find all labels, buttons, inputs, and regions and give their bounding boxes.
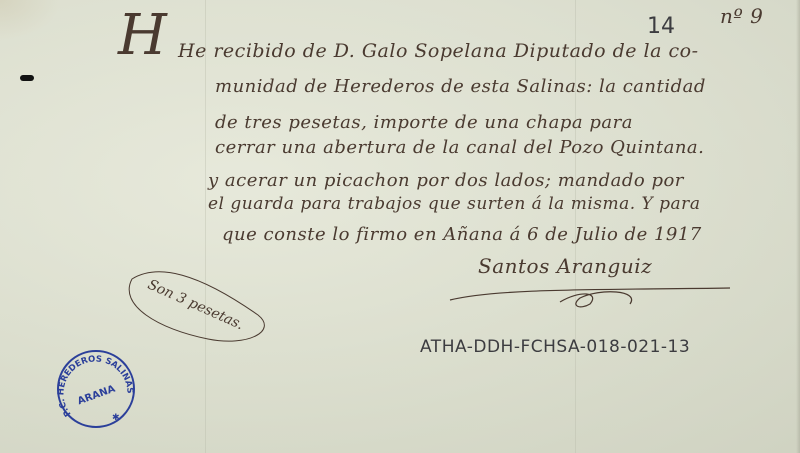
- folio-number: 14: [647, 14, 675, 39]
- paper-edge: [796, 0, 800, 453]
- paper-stain: [0, 0, 60, 40]
- body-line-2: munidad de Herederos de esta Salinas: la…: [215, 76, 706, 97]
- archive-code: ATHA-DDH-FCHSA-018-021-13: [420, 337, 690, 357]
- stamp-circle-icon: P.C. HEREDEROS SALINAS ARANA ✱: [55, 348, 137, 430]
- svg-text:ARANA: ARANA: [76, 383, 117, 407]
- signature-flourish: [440, 280, 740, 310]
- body-line-4: cerrar una abertura de la canal del Pozo…: [215, 137, 704, 158]
- body-line-5: y acerar un picachon por dos lados; mand…: [208, 170, 684, 191]
- archive-stamp: P.C. HEREDEROS SALINAS ARANA ✱: [55, 348, 137, 430]
- body-line-6: el guarda para trabajos que surten á la …: [208, 194, 700, 214]
- body-line-3: de tres pesetas, importe de una chapa pa…: [215, 112, 633, 133]
- signature: Santos Aranguiz: [478, 254, 652, 278]
- paper-fold-line: [205, 0, 206, 453]
- svg-text:✱: ✱: [112, 413, 120, 423]
- body-line-7: que conste lo firmo en Añana á 6 de Juli…: [222, 224, 702, 245]
- amount-note: Son 3 pesetas.: [118, 265, 278, 347]
- initial-capital: H: [118, 8, 167, 64]
- punch-hole: [20, 75, 34, 81]
- document-number: nº 9: [720, 4, 763, 28]
- body-line-1: He recibido de D. Galo Sopelana Diputado…: [178, 40, 699, 62]
